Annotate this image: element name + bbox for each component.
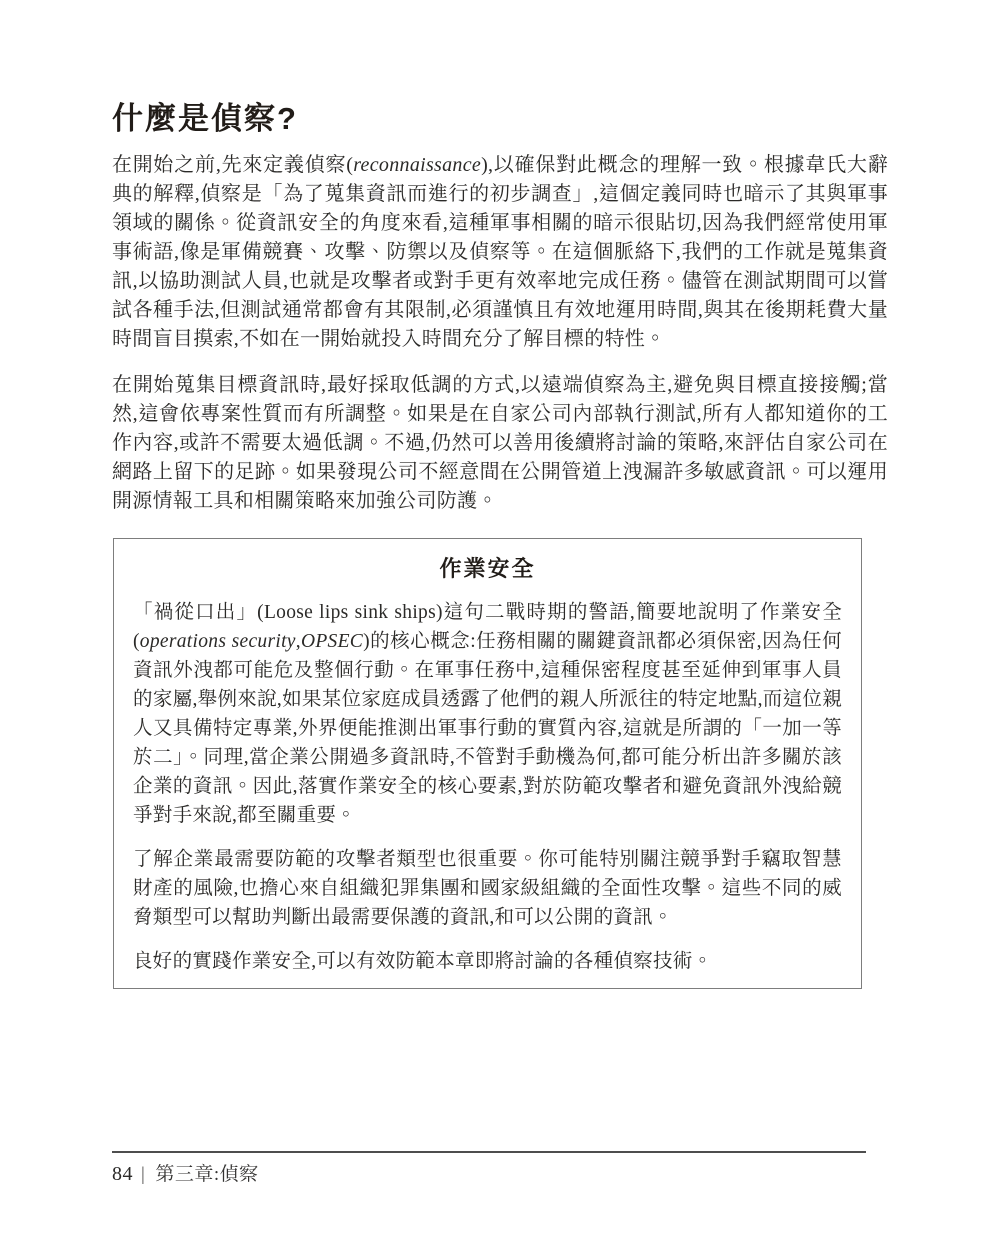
chapter-title: 第三章:偵察 <box>155 1164 258 1185</box>
italic-term-reconnaissance: reconnaissance <box>353 154 481 176</box>
section-heading: 什麼是偵察? <box>112 100 298 138</box>
paragraph-text: )的核心概念:任務相關的關鍵資訊都必須保密,因為任何資訊外洩都可能危及整個行動。… <box>133 631 842 826</box>
footer-separator: | <box>141 1163 145 1187</box>
book-page: 什麼是偵察? 在開始之前,先來定義偵察(reconnaissance),以確保對… <box>0 0 1000 1243</box>
footer-rule <box>112 1151 866 1153</box>
box-paragraph-2: 了解企業最需要防範的攻擊者類型也很重要。你可能特別關注競爭對手竊取智慧財產的風險… <box>133 845 842 932</box>
box-title: 作業安全 <box>133 555 842 583</box>
intro-paragraph-2: 在開始蒐集目標資訊時,最好採取低調的方式,以遠端偵察為主,避免與目標直接接觸;當… <box>112 371 888 516</box>
paragraph-text: ),以確保對此概念的理解一致。根據韋氏大辭典的解釋,偵察是「為了蒐集資訊而進行的… <box>112 154 888 350</box>
italic-term-opsec: OPSEC <box>301 631 363 652</box>
footer-text: 84|第三章:偵察 <box>112 1162 866 1187</box>
box-paragraph-3: 良好的實踐作業安全,可以有效防範本章即將討論的各種偵察技術。 <box>133 947 842 976</box>
page-body: 在開始之前,先來定義偵察(reconnaissance),以確保對此概念的理解一… <box>112 151 888 989</box>
opsec-sidebar-box: 作業安全 「禍從口出」(Loose lips sink ships)這句二戰時期… <box>113 538 862 989</box>
page-number: 84 <box>112 1163 133 1185</box>
italic-term-operations-security: operations security <box>140 631 296 652</box>
page-footer: 84|第三章:偵察 <box>112 1151 866 1187</box>
box-paragraph-1: 「禍從口出」(Loose lips sink ships)這句二戰時期的警語,簡… <box>133 598 842 830</box>
paragraph-text: 在開始之前,先來定義偵察( <box>112 154 353 176</box>
intro-paragraph-1: 在開始之前,先來定義偵察(reconnaissance),以確保對此概念的理解一… <box>112 151 888 354</box>
